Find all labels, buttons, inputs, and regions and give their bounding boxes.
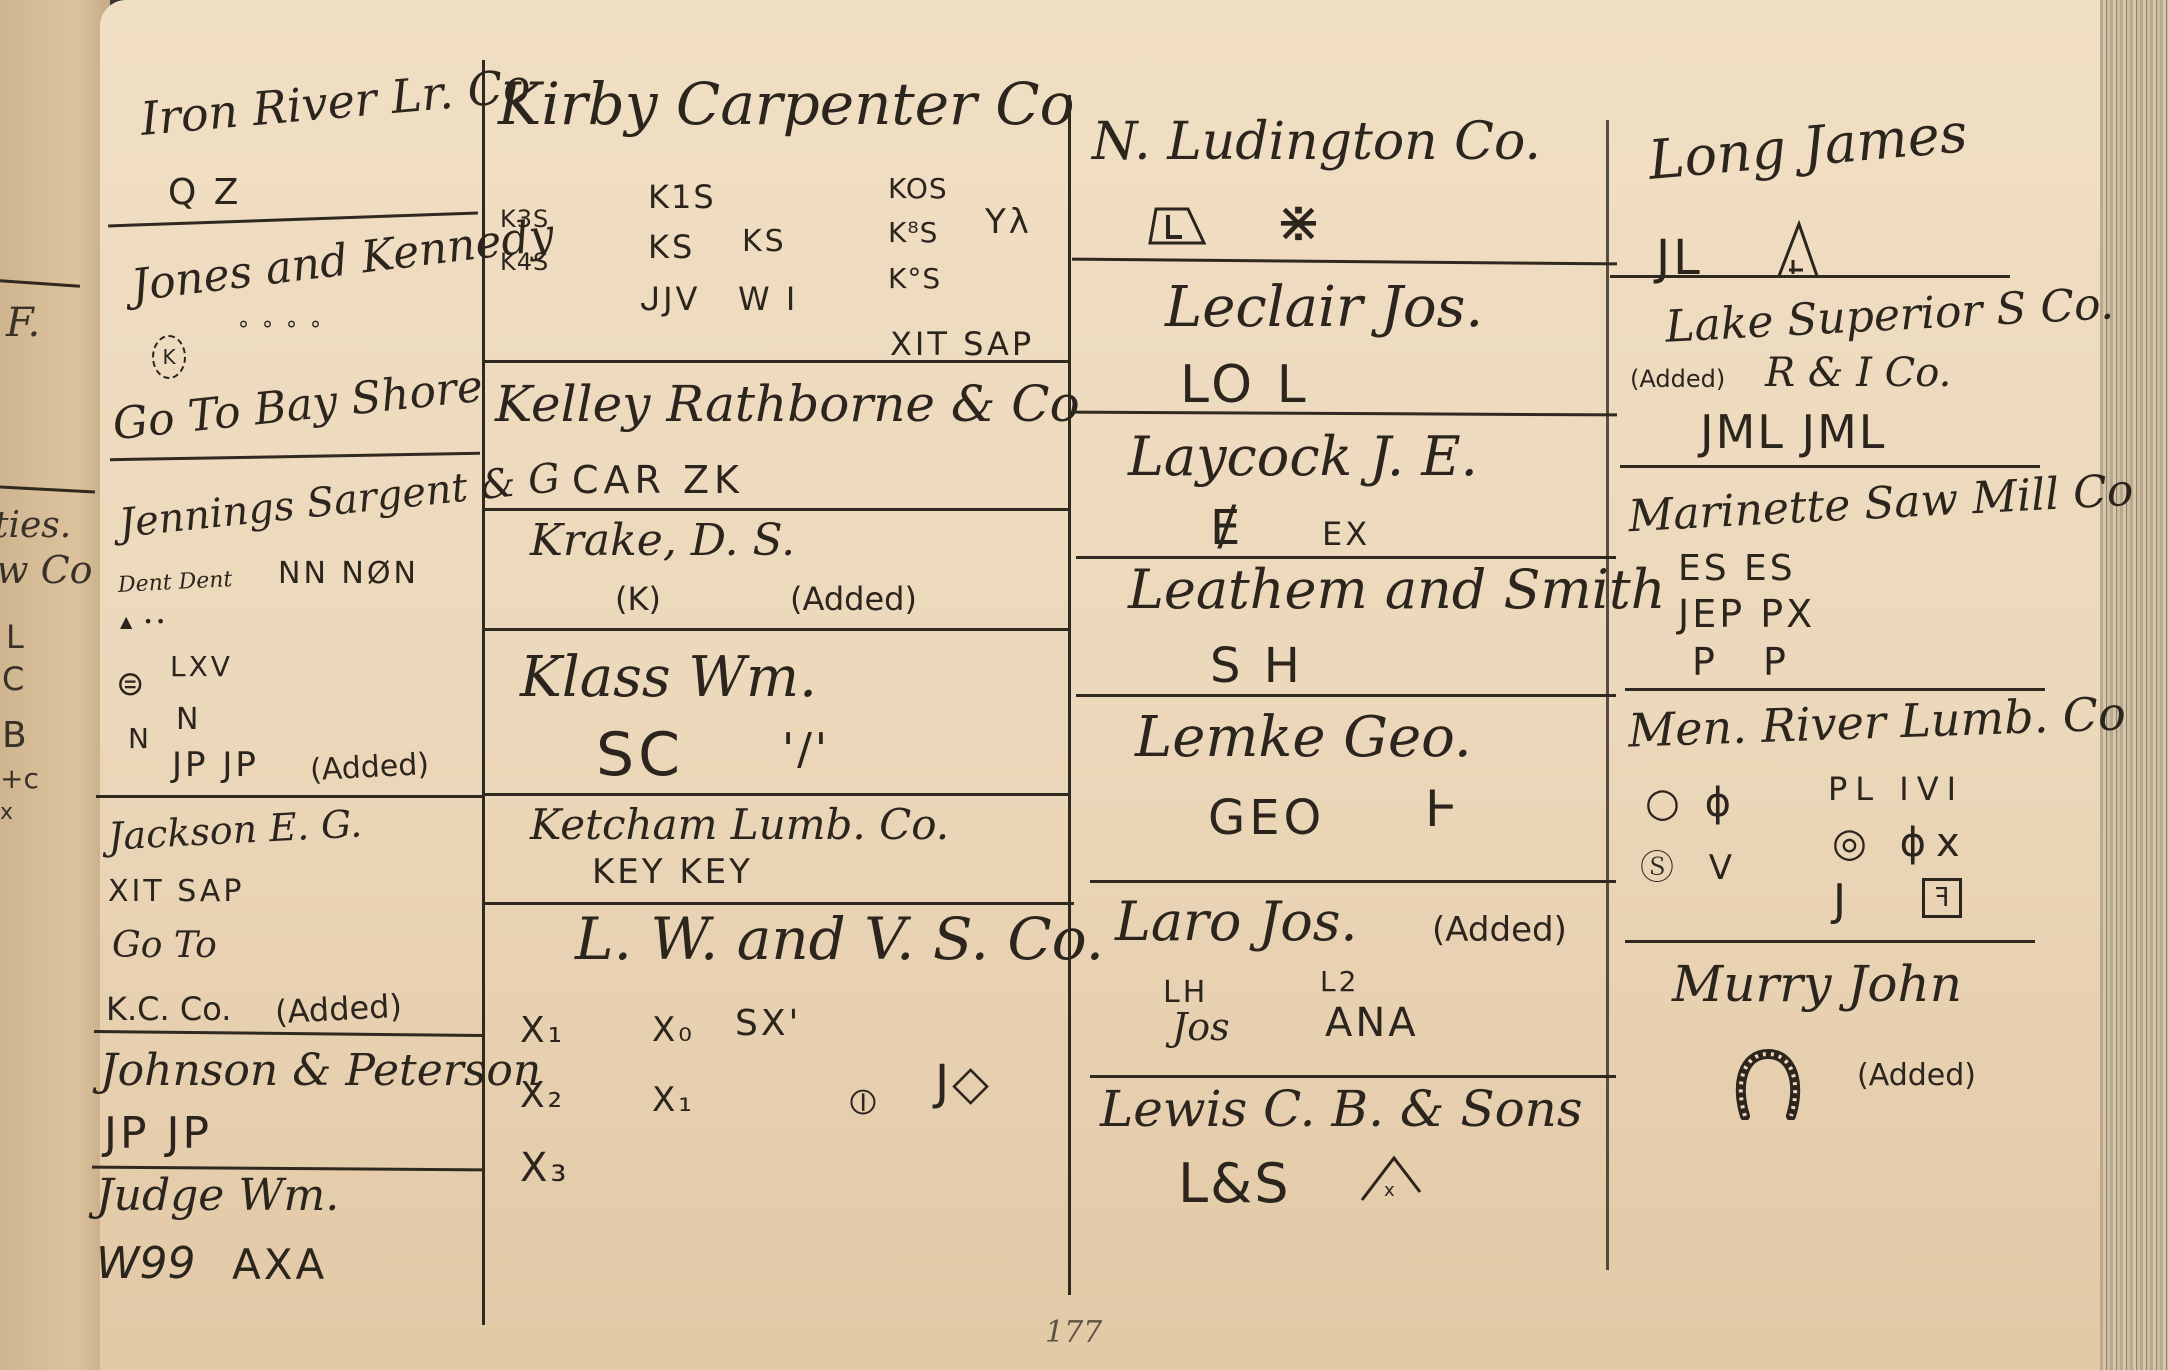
- entry-divider: [1090, 880, 1616, 883]
- brand-mark: XIT SAP: [890, 325, 1034, 363]
- register-page: [100, 0, 2110, 1370]
- entry-divider: [1610, 275, 2010, 278]
- entry-divider: [96, 795, 482, 798]
- brand-mark: K: [152, 335, 186, 379]
- brand-mark: JP JP: [172, 745, 259, 785]
- entry-name: Murry John: [1672, 955, 1962, 1013]
- brand-mark: N: [128, 722, 149, 755]
- entry-name: N. Ludington Co.: [1092, 112, 1541, 172]
- brand-mark: (K): [615, 580, 661, 618]
- brand-mark: ⊜: [116, 664, 145, 704]
- brand-mark: PL IVI: [1828, 770, 1964, 808]
- brand-mark: Ɇ: [1210, 500, 1243, 556]
- triangle-brand-icon: [1775, 220, 1821, 280]
- entry-name: Leathem and Smith: [1128, 558, 1665, 621]
- brand-mark: ᒍJV: [640, 280, 700, 318]
- brand-mark: KEY KEY: [592, 852, 753, 892]
- added-note: (Added): [1630, 365, 1725, 393]
- brand-mark: SC: [596, 720, 684, 790]
- entry-name: Krake, D. S.: [530, 515, 795, 566]
- brand-mark: S H: [1210, 638, 1304, 694]
- entry-divider: [1076, 694, 1616, 697]
- brand-mark: N: [176, 702, 198, 737]
- brand-mark: W99: [96, 1238, 196, 1289]
- brand-mark: K1S: [648, 178, 716, 216]
- brand-mark: ꟻ: [1922, 878, 1962, 918]
- brand-mark: LXV: [170, 650, 233, 683]
- brand-mark: JML JML: [1700, 405, 1886, 459]
- brand-mark: AXA: [232, 1240, 327, 1289]
- brand-mark: SX': [735, 1003, 801, 1044]
- entry-divider: [1620, 465, 2040, 468]
- entry-name: Kelley Rathborne & Co: [495, 375, 1080, 433]
- horseshoe-brand-icon: [1735, 1048, 1801, 1120]
- added-note: (Added): [1857, 1058, 1976, 1093]
- entry-divider: [484, 793, 1070, 796]
- brand-mark: K4S: [500, 248, 549, 276]
- fragment-text: w Co: [0, 548, 93, 592]
- brand-mark: ⦶: [850, 1082, 879, 1124]
- brand-mark: J◇: [935, 1055, 992, 1111]
- brand-mark: ° ° ° °: [238, 318, 324, 343]
- fragment-text: F.: [6, 300, 40, 346]
- brand-mark: K3S: [500, 205, 549, 233]
- entry-divider: [1090, 1075, 1616, 1078]
- entry-divider: [484, 360, 1070, 363]
- brand-mark: X₁: [652, 1080, 695, 1120]
- brand-mark: JEP PX: [1678, 592, 1815, 636]
- brand-mark: X₁: [520, 1010, 565, 1051]
- entry-note: K.C. Co.: [106, 990, 231, 1028]
- brand-mark: J: [1833, 875, 1849, 926]
- brand-mark: ◎ ϕx: [1832, 820, 1970, 866]
- brand-mark: NN NØN: [278, 556, 419, 591]
- brand-mark: L&S: [1178, 1152, 1290, 1215]
- brand-mark: Ⓢ V: [1640, 840, 1744, 889]
- svg-text:x: x: [1384, 1180, 1395, 1201]
- brand-mark: KS: [742, 224, 787, 259]
- entry-name: Lemke Geo.: [1135, 705, 1472, 770]
- brand-mark: XIT SAP: [108, 874, 244, 909]
- added-note: (Added): [274, 987, 403, 1032]
- column-divider: [1068, 95, 1071, 1295]
- entry-divider: [484, 508, 1070, 511]
- page-number: 177: [1045, 1315, 1102, 1350]
- brand-mark: '/': [782, 724, 830, 775]
- brand-mark: Q Z: [168, 172, 241, 213]
- fragment-text: L: [6, 618, 24, 656]
- brand-mark: ▲ ••: [120, 612, 168, 631]
- fragment-text: x: [0, 800, 13, 825]
- brand-mark: L2: [1320, 965, 1359, 998]
- entry-name: Laro Jos.: [1115, 890, 1358, 953]
- brand-mark: Ⱶ: [1425, 780, 1461, 838]
- brand-mark: Jos: [1172, 1005, 1230, 1049]
- brand-mark: K⁸S: [888, 216, 938, 249]
- fragment-text: +c: [0, 762, 39, 795]
- brand-mark: ES ES: [1678, 548, 1796, 589]
- entry-name: Klass Wm.: [520, 645, 817, 710]
- entry-name: Judge Wm.: [96, 1170, 339, 1221]
- fragment-text: C: [2, 660, 24, 698]
- trapezoid-l-brand-icon: [1146, 205, 1208, 245]
- fragment-text: ties.: [0, 505, 71, 546]
- brand-mark: ○ ϕ: [1645, 780, 1737, 826]
- brand-mark: LO L: [1180, 355, 1310, 415]
- brand-mark: X₂: [520, 1075, 565, 1116]
- brand-mark: W I: [738, 280, 798, 318]
- brand-mark: X₀: [652, 1010, 695, 1050]
- entry-note: Go To: [112, 925, 217, 966]
- brand-mark: ANA: [1325, 1000, 1419, 1046]
- brand-mark: K°S: [888, 262, 941, 295]
- brand-mark: ⋇: [1275, 190, 1322, 255]
- brand-mark: KS: [648, 228, 695, 266]
- brand-mark: GEO: [1208, 790, 1325, 846]
- entry-name: L. W. and V. S. Co.: [575, 905, 1104, 973]
- book-page-edges: [2100, 0, 2168, 1370]
- brand-mark: JP JP: [104, 1108, 212, 1159]
- brand-mark: P P: [1692, 640, 1804, 684]
- brand-mark: Yλ: [985, 202, 1032, 242]
- left-page-fragment: F. ties. w Co L C B +c x: [0, 0, 110, 1370]
- divider: [0, 486, 95, 494]
- entry-name: Leclair Jos.: [1165, 275, 1483, 340]
- entry-name: Ketcham Lumb. Co.: [530, 800, 949, 849]
- entry-divider: [484, 628, 1070, 631]
- divider: [0, 279, 80, 288]
- entry-name: Lewis C. B. & Sons: [1100, 1080, 1583, 1138]
- brand-mark: EX: [1322, 515, 1370, 553]
- added-note: (Added): [1432, 910, 1567, 950]
- brand-mark: CAR ZK: [572, 458, 744, 502]
- added-note: (Added): [309, 747, 430, 788]
- fragment-text: B: [2, 715, 27, 756]
- added-note: (Added): [790, 580, 917, 618]
- entry-name: Kirby Carpenter Co: [498, 70, 1075, 138]
- entry-note: R & I Co.: [1765, 350, 1951, 396]
- entry-divider: [1625, 940, 2035, 943]
- brand-mark: X₃: [520, 1145, 569, 1191]
- brand-mark: KOS: [888, 172, 948, 205]
- entry-name: Johnson & Peterson: [100, 1045, 541, 1096]
- rafter-x-brand-icon: x: [1358, 1152, 1424, 1204]
- entry-name: Laycock J. E.: [1128, 425, 1478, 488]
